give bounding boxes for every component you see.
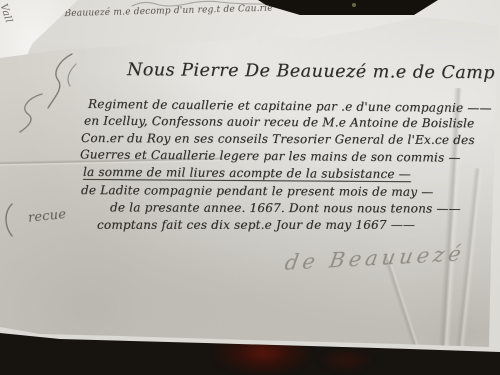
- manuscript-line: comptans fait ces dix sept.e Jour de may…: [97, 218, 415, 232]
- edge-note: Vall: [0, 3, 14, 25]
- red-ink-stain-small: [318, 348, 374, 372]
- debris-speck: [352, 3, 356, 7]
- manuscript-line-underlined: la somme de mil liures acompte de la sub…: [83, 165, 411, 181]
- document-sheet: Nous Pierre De Beauuezé m.e de Camp d'un…: [0, 0, 500, 375]
- margin-note: recue: [27, 207, 67, 226]
- flourish-icon: [16, 90, 48, 136]
- signature: de Beauuezé: [283, 241, 466, 275]
- margin-paren-mark: [2, 202, 16, 238]
- manuscript-line: Con.er du Roy en ses conseils Tresorier …: [81, 131, 475, 147]
- photo-frame: cou a d.t Beauuezé m.e decomp d'un reg.t…: [0, 0, 500, 375]
- manuscript-line: en Icelluy, Confessons auoir receu de M.…: [84, 114, 474, 131]
- manuscript-line: Nous Pierre De Beauuezé m.e de Camp d'un…: [127, 60, 500, 84]
- manuscript-line: Regiment de cauallerie et capitaine par …: [88, 97, 492, 115]
- manuscript-line: Guerres et Cauallerie legere par les mai…: [80, 147, 461, 164]
- manuscript-line: de la presante annee. 1667. Dont nous no…: [110, 200, 461, 215]
- manuscript-line: de Ladite compagnie pendant le present m…: [81, 183, 434, 199]
